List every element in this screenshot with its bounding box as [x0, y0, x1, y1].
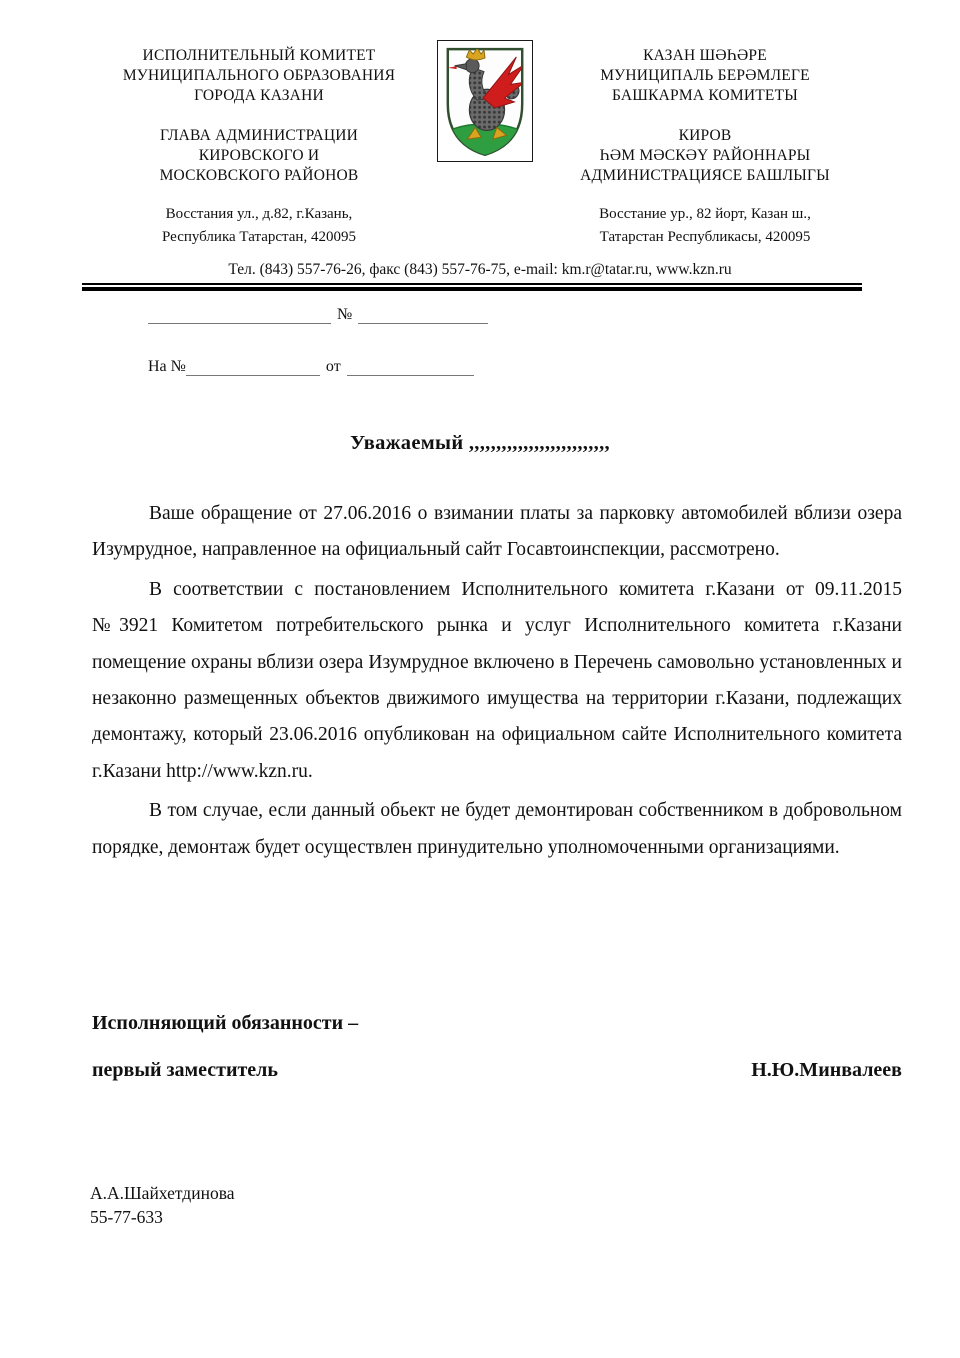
org-dept-line: КИРОВСКОГО И — [92, 146, 426, 166]
org-name-line: ГОРОДА КАЗАНИ — [92, 86, 426, 106]
org-name-russian: ИСПОЛНИТЕЛЬНЫЙ КОМИТЕТ МУНИЦИПАЛЬНОГО ОБ… — [92, 46, 426, 106]
org-address-line: Восстания ул., д.82, г.Казань, — [92, 203, 426, 226]
org-name-line: ИСПОЛНИТЕЛЬНЫЙ КОМИТЕТ — [92, 46, 426, 66]
executor-block: А.А.Шайхетдинова 55-77-633 — [90, 1181, 235, 1229]
incoming-date-blank — [347, 358, 474, 376]
contact-line: Тел. (843) 557-76-26, факс (843) 557-76-… — [0, 261, 960, 279]
org-address-russian: Восстания ул., д.82, г.Казань, Республик… — [92, 203, 426, 249]
incoming-number-blank — [186, 358, 320, 376]
letterhead-divider — [82, 283, 862, 291]
org-dept-line: ҺӘМ МӘСКӘҮ РАЙОННАРЫ — [538, 146, 872, 166]
org-address-line: Республика Татарстан, 420095 — [92, 226, 426, 249]
org-dept-line: ГЛАВА АДМИНИСТРАЦИИ — [92, 126, 426, 146]
letter-document: ИСПОЛНИТЕЛЬНЫЙ КОМИТЕТ МУНИЦИПАЛЬНОГО ОБ… — [0, 0, 960, 1358]
incoming-reference-row: На №от — [148, 358, 474, 376]
from-label: от — [320, 358, 347, 375]
signer-position-line1: Исполняющий обязанности – — [92, 1012, 902, 1035]
org-address-line: Татарстан Республикасы, 420095 — [538, 226, 872, 249]
body-paragraph: В соответствии с постановлением Исполнит… — [92, 572, 902, 790]
signature-block: Исполняющий обязанности – первый замести… — [92, 1012, 902, 1082]
org-dept-line: МОСКОВСКОГО РАЙОНОВ — [92, 166, 426, 186]
signer-position-line2: первый заместитель — [92, 1059, 278, 1082]
org-dept-line: АДМИНИСТРАЦИЯСЕ БАШЛЫГЫ — [538, 166, 872, 186]
executor-phone: 55-77-633 — [90, 1205, 235, 1229]
org-dept-tatar: КИРОВ ҺӘМ МӘСКӘҮ РАЙОННАРЫ АДМИНИСТРАЦИЯ… — [538, 126, 872, 186]
executor-name: А.А.Шайхетдинова — [90, 1181, 235, 1205]
number-sign-label: № — [331, 306, 358, 323]
salutation: Уважаемый ,,,,,,,,,,,,,,,,,,,,,,,,,, — [0, 432, 960, 455]
org-name-line: КАЗАН ШӘҺӘРЕ — [538, 46, 872, 66]
org-dept-line: КИРОВ — [538, 126, 872, 146]
org-name-tatar: КАЗАН ШӘҺӘРЕ МУНИЦИПАЛЬ БЕРӘМЛЕГЕ БАШКАР… — [538, 46, 872, 106]
kazan-coat-of-arms-icon — [437, 40, 533, 162]
letterhead-russian: ИСПОЛНИТЕЛЬНЫЙ КОМИТЕТ МУНИЦИПАЛЬНОГО ОБ… — [92, 46, 426, 249]
letterhead-tatar: КАЗАН ШӘҺӘРЕ МУНИЦИПАЛЬ БЕРӘМЛЕГЕ БАШКАР… — [538, 46, 872, 249]
body-paragraph: В том случае, если данный обьект не буде… — [92, 793, 902, 866]
letter-body: Ваше обращение от 27.06.2016 о взимании … — [92, 496, 902, 869]
org-name-line: МУНИЦИПАЛЬ БЕРӘМЛЕГЕ — [538, 66, 872, 86]
body-paragraph: Ваше обращение от 27.06.2016 о взимании … — [92, 496, 902, 569]
org-dept-russian: ГЛАВА АДМИНИСТРАЦИИ КИРОВСКОГО И МОСКОВС… — [92, 126, 426, 186]
org-address-line: Восстание ур., 82 йорт, Казан ш., — [538, 203, 872, 226]
reply-to-label: На № — [148, 358, 186, 375]
outgoing-date-blank — [148, 306, 331, 324]
org-name-line: МУНИЦИПАЛЬНОГО ОБРАЗОВАНИЯ — [92, 66, 426, 86]
outgoing-number-blank — [358, 306, 488, 324]
outgoing-reference-row: № — [148, 306, 488, 324]
org-address-tatar: Восстание ур., 82 йорт, Казан ш., Татарс… — [538, 203, 872, 249]
org-name-line: БАШКАРМА КОМИТЕТЫ — [538, 86, 872, 106]
signer-name: Н.Ю.Минвалеев — [751, 1059, 902, 1082]
